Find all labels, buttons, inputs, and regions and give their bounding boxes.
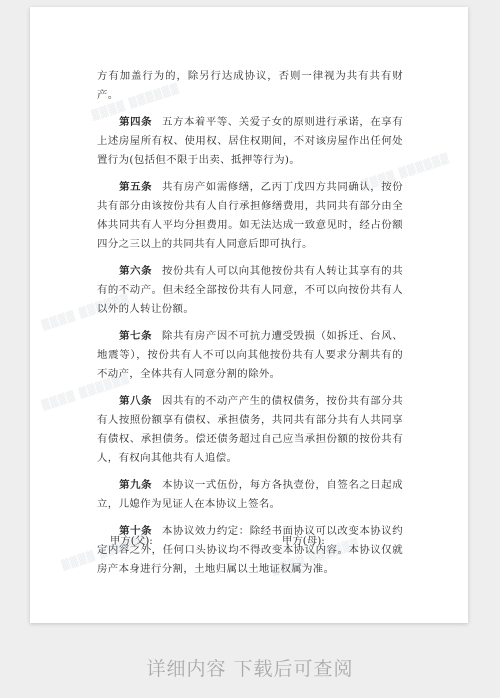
- article-7: 第七条除共有房产因不可抗力遭受毁损（如拆迁、台风、地震等），按份共有人不可以向其…: [97, 327, 403, 384]
- article-heading: 第九条: [119, 479, 152, 491]
- article-heading: 第六条: [119, 265, 152, 277]
- article-5: 第五条共有房产如需修缮，乙丙丁戊四方共同确认，按份共有部分由该按份共有人自行承担…: [97, 178, 403, 254]
- article-6: 第六条按份共有人可以向其他按份共有人转让其享有的共有的不动产。但未经全部按份共有…: [97, 262, 403, 319]
- article-heading: 第八条: [119, 395, 152, 407]
- article-8: 第八条因共有的不动产产生的债权债务，按份共有部分共有人按照份额享有债权、承担债务…: [97, 392, 403, 468]
- download-prompt[interactable]: 详细内容 下载后可查阅: [0, 654, 500, 681]
- article-10: 第十条本协议效力约定：除经书面协议可以改变本协议约定内容之外，任何口头协议均不得…: [97, 522, 403, 579]
- article-9: 第九条本协议一式伍份，每方各执壹份，自签名之日起成立，儿媳作为见证人在本协议上签…: [97, 476, 403, 514]
- document-body: 方有加盖行为的，除另行达成协议，否则一律视为共有共有财产。 第四条五方本着平等、…: [97, 67, 403, 587]
- article-4: 第四条五方本着平等、关爱子女的原则进行承诺，在享有上述房屋所有权、使用权、居住权…: [97, 113, 403, 170]
- paragraph-text: 方有加盖行为的，除另行达成协议，否则一律视为共有共有财产。: [97, 70, 403, 101]
- signature-party-a-father: 甲方(父):: [110, 532, 153, 547]
- article-heading: 第四条: [119, 116, 152, 128]
- article-heading: 第七条: [119, 330, 152, 342]
- article-heading: 第五条: [119, 181, 152, 193]
- paragraph-continuation: 方有加盖行为的，除另行达成协议，否则一律视为共有共有财产。: [97, 67, 403, 105]
- document-page: 方有加盖行为的，除另行达成协议，否则一律视为共有共有财产。 第四条五方本着平等、…: [30, 7, 468, 623]
- signature-party-a-mother: 甲方(母):: [282, 532, 325, 547]
